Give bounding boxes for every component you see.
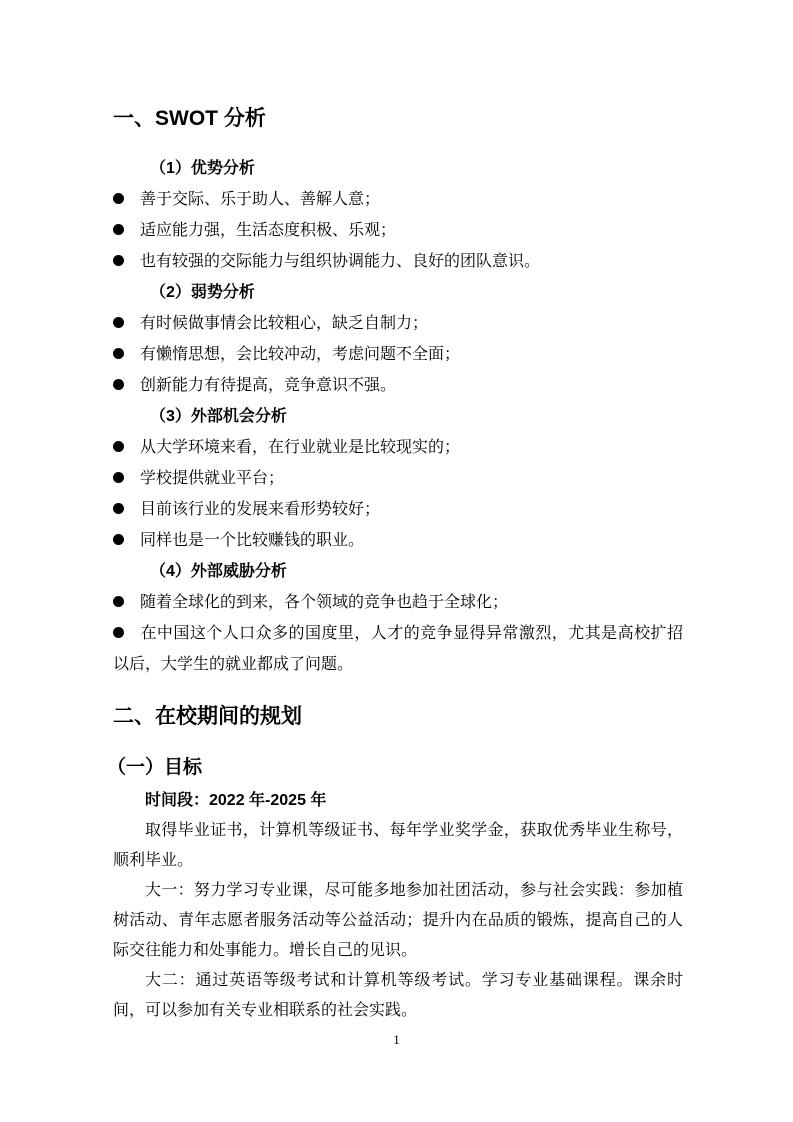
bullet-text: 学校提供就业平台；: [140, 470, 284, 487]
bullet-item: 在中国这个人口众多的国度里，人才的竞争显得异常激烈，尤其是高校扩招以后，大学生的…: [113, 618, 683, 680]
document-body: 一、SWOT 分析 （1）优势分析 善于交际、乐于助人、善解人意； 适应能力强，…: [113, 0, 683, 1026]
bullet-text: 在中国这个人口众多的国度里，人才的竞争显得异常激烈，尤其是高校扩招以后，大学生的…: [113, 625, 683, 673]
section-1-title: 一、SWOT 分析: [113, 103, 683, 135]
page-number: 1: [0, 1032, 793, 1048]
bullet-item: 从大学环境来看，在行业就业是比较现实的；: [113, 432, 683, 463]
bullet-item: 有懒惰思想，会比较冲动，考虑问题不全面；: [113, 339, 683, 370]
time-period-line: 时间段：2022 年-2025 年: [113, 786, 683, 816]
bullet-text: 同样也是一个比较赚钱的职业。: [140, 532, 364, 549]
sophomore-year-paragraph: 大二：通过英语等级考试和计算机等级考试。学习专业基础课程。课余时间，可以参加有关…: [113, 966, 683, 1026]
bullet-text: 也有较强的交际能力与组织协调能力、良好的团队意识。: [140, 253, 540, 270]
bullet-item: 创新能力有待提高，竞争意识不强。: [113, 370, 683, 401]
bullet-item: 适应能力强，生活态度积极、乐观；: [113, 215, 683, 246]
document-page: 一、SWOT 分析 （1）优势分析 善于交际、乐于助人、善解人意； 适应能力强，…: [0, 0, 793, 1122]
bullet-icon: [113, 224, 124, 235]
bullet-icon: [113, 193, 124, 204]
bullet-icon: [113, 441, 124, 452]
goal-paragraph: 取得毕业证书，计算机等级证书、每年学业奖学金，获取优秀毕业生称号，顺利毕业。: [113, 816, 683, 876]
bullet-text: 从大学环境来看，在行业就业是比较现实的；: [140, 439, 460, 456]
bullet-text: 有时候做事情会比较粗心，缺乏自制力；: [140, 315, 428, 332]
bullet-text: 善于交际、乐于助人、善解人意；: [140, 191, 380, 208]
bullet-text: 随着全球化的到来，各个领域的竞争也趋于全球化；: [140, 594, 508, 611]
bullet-icon: [113, 379, 124, 390]
bullet-icon: [113, 348, 124, 359]
bullet-icon: [113, 627, 124, 638]
bullet-icon: [113, 596, 124, 607]
bullet-item: 同样也是一个比较赚钱的职业。: [113, 525, 683, 556]
bullet-icon: [113, 472, 124, 483]
subsection-2-heading: （2）弱势分析: [113, 277, 683, 308]
bullet-icon: [113, 317, 124, 328]
freshman-year-paragraph: 大一：努力学习专业课，尽可能多地参加社团活动，参与社会实践：参加植树活动、青年志…: [113, 876, 683, 966]
bullet-item: 有时候做事情会比较粗心，缺乏自制力；: [113, 308, 683, 339]
bullet-item: 也有较强的交际能力与组织协调能力、良好的团队意识。: [113, 246, 683, 277]
bullet-text: 有懒惰思想，会比较冲动，考虑问题不全面；: [140, 346, 460, 363]
bullet-text: 目前该行业的发展来看形势较好；: [140, 501, 380, 518]
subsection-1-heading: （1）优势分析: [113, 153, 683, 184]
section-2-subheading: （一）目标: [107, 751, 683, 785]
bullet-item: 学校提供就业平台；: [113, 463, 683, 494]
bullet-icon: [113, 503, 124, 514]
swot-list: （1）优势分析 善于交际、乐于助人、善解人意； 适应能力强，生活态度积极、乐观；…: [113, 153, 683, 680]
subsection-3-heading: （3）外部机会分析: [113, 401, 683, 432]
bullet-item: 目前该行业的发展来看形势较好；: [113, 494, 683, 525]
bullet-item: 善于交际、乐于助人、善解人意；: [113, 184, 683, 215]
bullet-text: 适应能力强，生活态度积极、乐观；: [140, 222, 396, 239]
bullet-text: 创新能力有待提高，竞争意识不强。: [140, 377, 396, 394]
bullet-icon: [113, 255, 124, 266]
subsection-4-heading: （4）外部威胁分析: [113, 556, 683, 587]
section-2-title: 二、在校期间的规划: [113, 699, 683, 735]
bullet-item: 随着全球化的到来，各个领域的竞争也趋于全球化；: [113, 587, 683, 618]
bullet-icon: [113, 534, 124, 545]
